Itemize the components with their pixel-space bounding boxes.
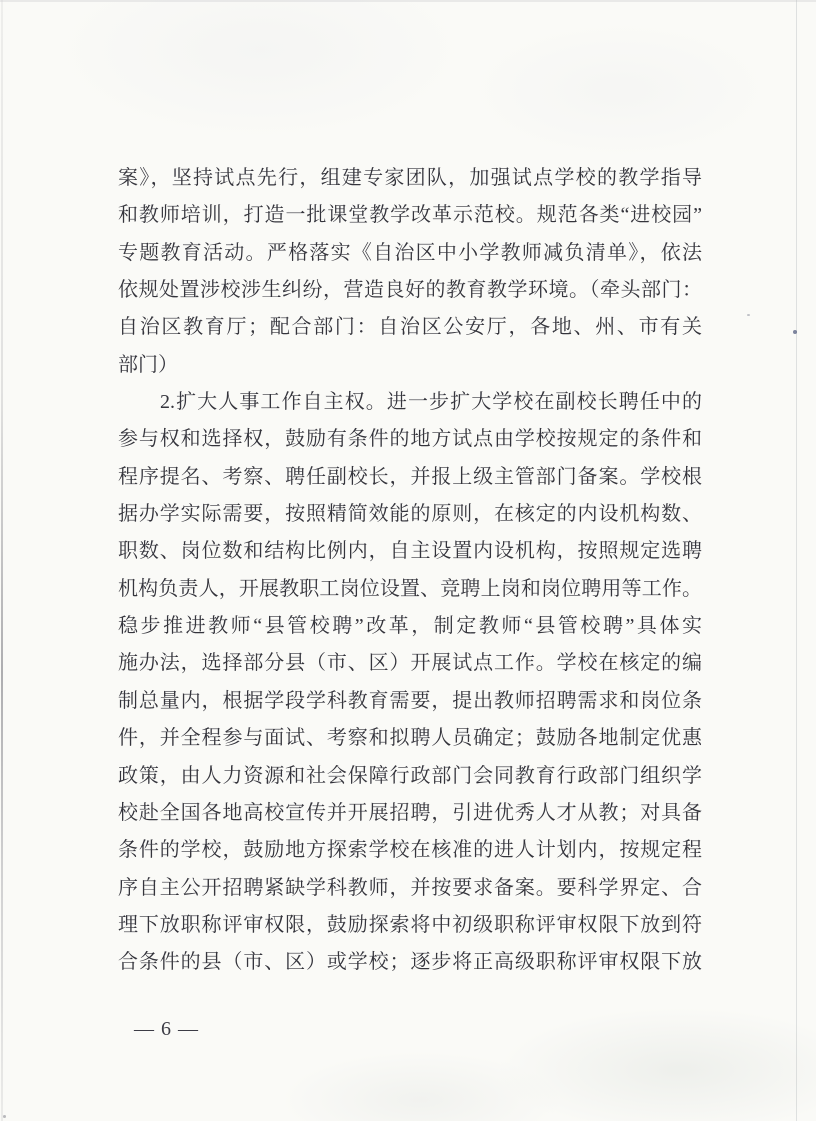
scanned-page: 案》，坚持试点先行，组建专家团队，加强试点学校的教学指导 和教师培训，打造一批课… xyxy=(0,0,816,1121)
text-line: 序自主公开招聘紧缺学科教师，并按要求备案。要科学界定、合 xyxy=(118,870,702,907)
text-line: 政策，由人力资源和社会保障行政部门会同教育行政部门组织学 xyxy=(118,758,702,795)
scan-speck xyxy=(747,314,750,316)
text-line: 据办学实际需要，按照精简效能的原则，在核定的内设机构数、 xyxy=(118,496,702,533)
scan-edge-top xyxy=(0,0,816,2)
text-line: 条件的学校，鼓励地方探索学校在核准的进人计划内，按规定程 xyxy=(118,832,702,869)
text-line: 部门） xyxy=(118,347,702,384)
text-line: 件，并全程参与面试、考察和拟聘人员确定；鼓励各地制定优惠 xyxy=(118,720,702,757)
text-line: 合条件的县（市、区）或学校；逐步将正高级职称评审权限下放 xyxy=(118,944,702,981)
text-line: 施办法，选择部分县（市、区）开展试点工作。学校在核定的编 xyxy=(118,645,702,682)
text-line: 理下放职称评审权限，鼓励探索将中初级职称评审权限下放到符 xyxy=(118,907,702,944)
text-line: 稳步推进教师“县管校聘”改革，制定教师“县管校聘”具体实 xyxy=(118,608,702,645)
page-number: — 6 — xyxy=(134,1014,199,1044)
text-line: 参与权和选择权，鼓励有条件的地方试点由学校按规定的条件和 xyxy=(118,421,702,458)
scan-speck xyxy=(3,1115,6,1118)
text-line: 自治区教育厅；配合部门：自治区公安厅，各地、州、市有关 xyxy=(118,309,702,346)
text-line: 职数、岗位数和结构比例内，自主设置内设机构，按照规定选聘 xyxy=(118,533,702,570)
text-line: 专题教育活动。严格落实《自治区中小学教师减负清单》，依法 xyxy=(118,235,702,272)
paragraph-1: 案》，坚持试点先行，组建专家团队，加强试点学校的教学指导 和教师培训，打造一批课… xyxy=(118,160,702,384)
scan-edge-right xyxy=(796,0,797,1121)
scan-edge-left xyxy=(1,0,3,1121)
document-body: 案》，坚持试点先行，组建专家团队，加强试点学校的教学指导 和教师培训，打造一批课… xyxy=(118,160,702,982)
text-line: 程序提名、考察、聘任副校长，并报上级主管部门备案。学校根 xyxy=(118,459,702,496)
text-line: 依规处置涉校涉生纠纷，营造良好的教育教学环境。（牵头部门： xyxy=(118,272,702,309)
paragraph-2: 2.扩大人事工作自主权。进一步扩大学校在副校长聘任中的 参与权和选择权，鼓励有条… xyxy=(118,384,702,982)
text-line: 2.扩大人事工作自主权。进一步扩大学校在副校长聘任中的 xyxy=(118,384,702,421)
text-line: 和教师培训，打造一批课堂教学改革示范校。规范各类“进校园” xyxy=(118,197,702,234)
text-line: 制总量内，根据学段学科教育需要，提出教师招聘需求和岗位条 xyxy=(118,683,702,720)
text-line: 校赴全国各地高校宣传并开展招聘，引进优秀人才从教；对具备 xyxy=(118,795,702,832)
text-line: 机构负责人，开展教职工岗位设置、竞聘上岗和岗位聘用等工作。 xyxy=(118,571,702,608)
text-line: 案》，坚持试点先行，组建专家团队，加强试点学校的教学指导 xyxy=(118,160,702,197)
scan-speck xyxy=(793,330,797,334)
